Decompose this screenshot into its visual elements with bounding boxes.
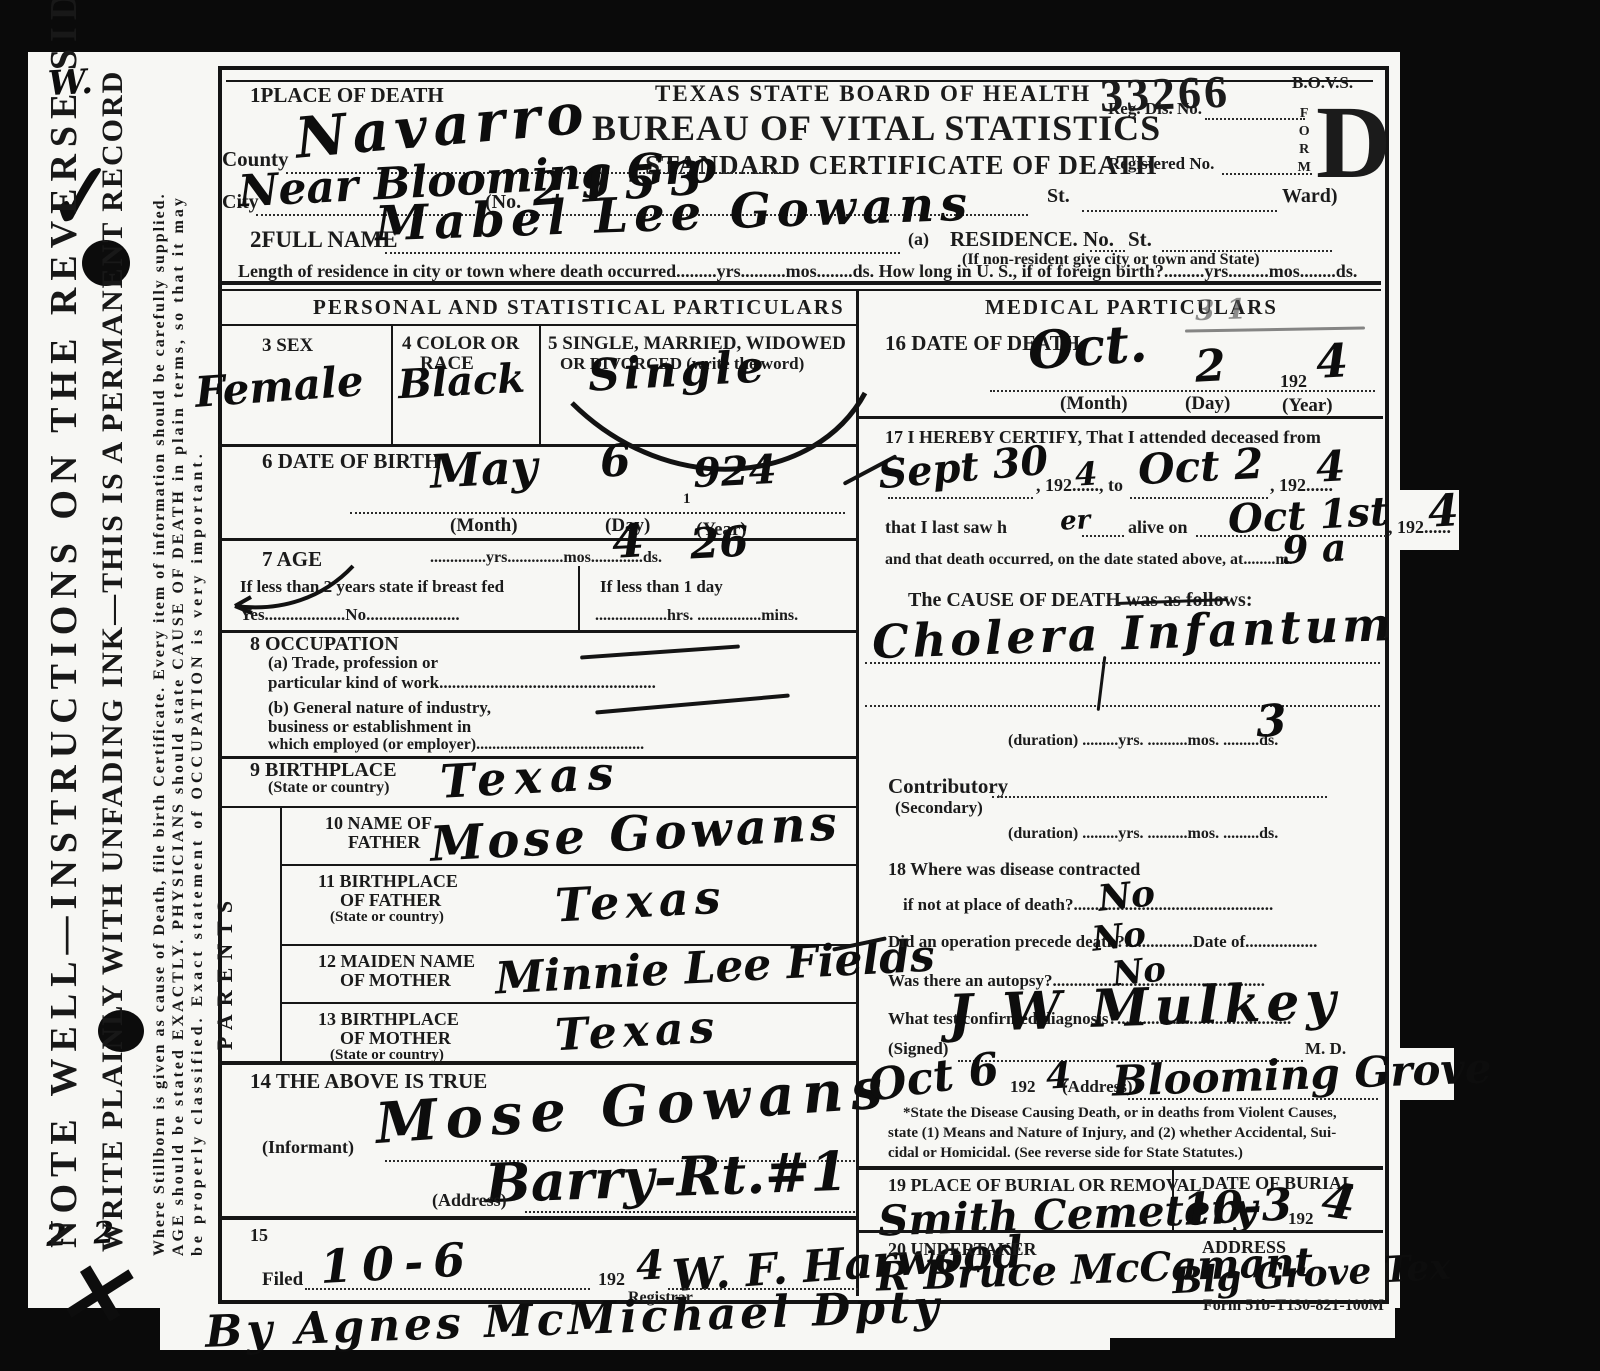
occupation-b2: business or establishment in <box>268 718 471 736</box>
q18-label: 18 Where was disease contracted <box>888 860 1140 879</box>
mother-bp-value: Texas <box>554 1006 721 1059</box>
dob-line <box>350 510 845 514</box>
residence-st-label: St. <box>1128 228 1152 250</box>
last-saw-label-b: alive on <box>1128 518 1188 537</box>
less-than-day-label: If less than 1 day <box>600 578 723 596</box>
sex-label: 3 SEX <box>262 336 313 356</box>
dod-month-caption: (Month) <box>1060 394 1128 414</box>
attended-to-value: Oct 2 <box>1137 443 1264 492</box>
last-saw-year-value: 4 <box>1427 489 1460 535</box>
mother-name-bottom-line <box>280 1002 858 1004</box>
duration-line-2: (duration) .........yrs. ..........mos. … <box>1008 826 1278 843</box>
dob-bottom-line <box>218 538 858 541</box>
filed-date-value: 10-6 <box>319 1236 476 1290</box>
age-subrow-vline <box>578 566 580 630</box>
father-bp-value: Texas <box>554 874 728 929</box>
informant-address-label: (Address) <box>432 1191 507 1210</box>
dob-label: 6 DATE OF BIRTH <box>262 450 440 472</box>
mother-bp-label-1: 13 BIRTHPLACE <box>318 1010 459 1029</box>
footnote-3: cidal or Homicidal. (See reverse side fo… <box>888 1146 1243 1162</box>
margin-fine-line-3: be properly classified. Exact statement … <box>189 196 208 1256</box>
informant-bottom-line <box>218 1216 858 1220</box>
mother-name-label-1: 12 MAIDEN NAME <box>318 952 475 971</box>
father-bottom-line <box>280 864 858 866</box>
death-time-value: 9 a <box>1281 528 1347 569</box>
father-bp-label-1: 11 BIRTHPLACE <box>318 872 458 891</box>
duration-line-1: (duration) .........yrs. ..........mos. … <box>1008 733 1278 750</box>
age-months-value: 4 <box>611 517 645 565</box>
margin-fine-line-1: Where Stillborn is given as cause of Dea… <box>151 171 170 1256</box>
informant-address-line <box>525 1209 855 1213</box>
dod-year-value: 4 <box>1315 337 1349 385</box>
q18-1-answer: No <box>1096 875 1156 917</box>
birthplace-value: Texas <box>439 749 623 804</box>
dob-day-value: 6 <box>599 439 632 485</box>
x-mark: ✕ <box>52 1248 133 1341</box>
father-name-label-1: 10 NAME OF <box>325 814 432 833</box>
dod-day-caption: (Day) <box>1185 394 1230 414</box>
reg-dis-label: Reg. Dis. No. <box>1108 100 1202 118</box>
item15-label: 15 <box>250 1226 268 1245</box>
pencil-scribble: 31 <box>1195 295 1259 325</box>
signed-address-value: Blooming Grove <box>1111 1047 1492 1102</box>
sex-value: Female <box>194 360 365 414</box>
birthplace-label: 9 BIRTHPLACE <box>250 760 397 781</box>
filed-line <box>305 1286 590 1290</box>
dob-year-preprint: 1 <box>683 492 691 508</box>
registered-no-label: Registered No. <box>1108 155 1214 173</box>
cause-line-1 <box>865 660 1380 664</box>
full-name-line <box>385 250 900 254</box>
dod-day-value: 2 <box>1194 344 1227 390</box>
cause-line-2 <box>865 703 1380 707</box>
occupation-b1: (b) General nature of industry, <box>268 699 491 717</box>
attended-from-line <box>888 495 1033 499</box>
death-certificate-scan: W. ✓ 2 2 ✕ NOTE WELL—INSTRUCTIONS ON THE… <box>0 0 1600 1371</box>
form-word-label: FORM <box>1296 106 1311 178</box>
color-label-1: 4 COLOR OR <box>402 334 519 354</box>
informant-label: (Informant) <box>262 1138 354 1157</box>
father-bp-label-3: (State or country) <box>330 910 444 926</box>
st-label: St. <box>1047 186 1070 207</box>
form-letter-d: D <box>1316 88 1391 197</box>
burial-top-line <box>858 1166 1383 1170</box>
row1-top-line <box>218 324 858 326</box>
residence-label: RESIDENCE. No. <box>950 228 1114 250</box>
board-title: TEXAS STATE BOARD OF HEALTH <box>655 82 1091 106</box>
reg-dis-line <box>1205 116 1305 120</box>
mother-name-label-2: OF MOTHER <box>340 971 451 990</box>
ward-label: Ward) <box>1282 186 1338 207</box>
header-divider-thin <box>218 289 1381 291</box>
signed-address-line <box>1128 1096 1378 1100</box>
last-saw-line-1 <box>1082 533 1124 537</box>
physician-signature: J W Mulkey <box>947 975 1342 1041</box>
a-label: (a) <box>908 230 929 249</box>
father-name-label-2: FATHER <box>348 833 420 852</box>
parents-vline <box>280 806 282 1063</box>
dob-year-value: 924 <box>692 450 777 494</box>
filed-year-preprint: 192 <box>598 1270 625 1289</box>
dod-bottom-line <box>858 416 1383 419</box>
length-of-residence-line: Length of residence in city or town wher… <box>238 262 1357 281</box>
burial-date-value: 10-3 <box>1181 1183 1293 1233</box>
father-bp-label-2: OF FATHER <box>340 891 441 910</box>
birthplace-sub: (State or country) <box>268 780 389 797</box>
bureau-title: BUREAU OF VITAL STATISTICS <box>592 110 1161 148</box>
form-number: Form 51b-T130-821-100M <box>1203 1298 1384 1315</box>
duration-days-value: 3 <box>1255 699 1288 745</box>
hrs-mins-line: ..................hrs. ................m… <box>595 608 798 625</box>
row1-vline-1 <box>391 324 393 444</box>
footnote-1: *State the Disease Causing Death, or in … <box>903 1106 1337 1122</box>
burial-year-value: 4 <box>1319 1176 1359 1228</box>
informant-address-value: Barry-Rt.#1 <box>484 1144 848 1211</box>
contributory-label: Contributory <box>888 775 1008 797</box>
signed-year-preprint: 192 <box>1010 1078 1036 1096</box>
burial-year-preprint: 192 <box>1288 1210 1314 1228</box>
age-days-value: 26 <box>689 520 750 565</box>
burial-bottom-line <box>858 1230 1383 1233</box>
filed-label: Filed <box>262 1270 303 1290</box>
color-value: Black <box>397 359 526 406</box>
death-occurred-line: and that death occurred, on the date sta… <box>885 552 1293 569</box>
secondary-label: (Secondary) <box>895 799 983 817</box>
pen-arrow-stroke <box>225 560 360 622</box>
attended-from-year-value: 4 <box>1074 457 1098 490</box>
occupation-a1: (a) Trade, profession or <box>268 654 438 672</box>
margin-fine-line-2: AGE should be stated EXACTLY. PHYSICIANS… <box>170 181 189 1256</box>
occupation-label: 8 OCCUPATION <box>250 634 399 655</box>
contributory-line <box>992 794 1327 798</box>
q18-1: if not at place of death?...............… <box>903 896 1273 914</box>
footnote-2: state (1) Means and Nature of Injury, an… <box>888 1126 1336 1142</box>
st-line <box>1082 208 1277 212</box>
occupation-a2: particular kind of work.................… <box>268 674 656 692</box>
parents-label: PARENTS <box>212 850 240 1050</box>
margin-note-line-2: WRITE PLAINLY WITH UNFADING INK—THIS IS … <box>96 147 132 1252</box>
certificate-title: STANDARD CERTIFICATE OF DEATH <box>645 151 1157 179</box>
personal-section-title: PERSONAL AND STATISTICAL PARTICULARS <box>313 296 845 318</box>
attended-to-year-value: 4 <box>1315 445 1346 488</box>
row1-vline-2 <box>539 324 541 444</box>
margin-note-line-1: NOTE WELL—INSTRUCTIONS ON THE REVERSE SI… <box>42 98 86 1248</box>
dob-month-value: May <box>429 443 539 495</box>
dod-year-caption: (Year) <box>1282 396 1333 416</box>
last-saw-er: er <box>1059 507 1091 535</box>
last-saw-label-a: that I last saw h <box>885 518 1007 537</box>
dod-line <box>990 388 1375 392</box>
dob-month-caption: (Month) <box>450 516 518 536</box>
mother-bp-label-2: OF MOTHER <box>340 1029 451 1048</box>
dod-month-value: Oct. <box>1026 318 1148 378</box>
filed-year-value: 4 <box>635 1245 665 1286</box>
header-divider-heavy <box>218 281 1381 285</box>
